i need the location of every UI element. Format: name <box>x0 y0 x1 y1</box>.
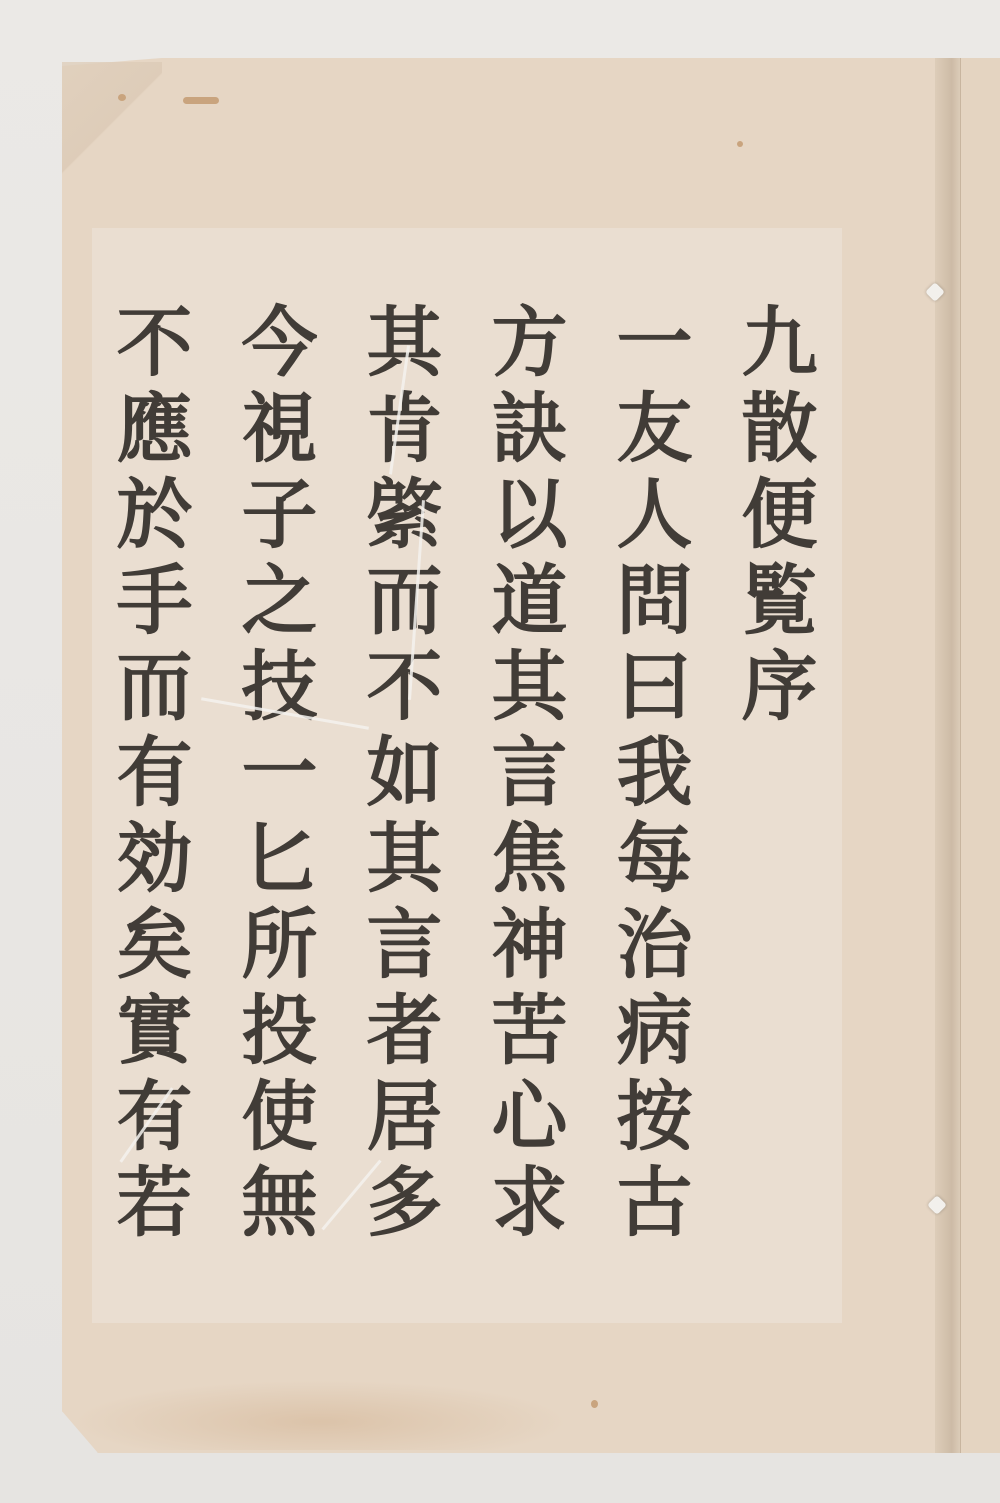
glyph: 子 <box>242 472 318 558</box>
glyph: 問 <box>617 558 693 644</box>
glyph: 其 <box>367 816 443 902</box>
glyph: 効 <box>117 816 193 902</box>
glyph: 神 <box>492 902 568 988</box>
glyph: 一 <box>617 300 693 386</box>
worm-hole <box>118 94 126 101</box>
glyph: 所 <box>242 902 318 988</box>
glyph: 於 <box>117 472 193 558</box>
worm-hole <box>183 97 219 104</box>
glyph: 者 <box>367 988 443 1074</box>
glyph: 友 <box>617 386 693 472</box>
glyph: 使 <box>242 1074 318 1160</box>
glyph: 而 <box>117 644 193 730</box>
glyph: 便 <box>742 472 818 558</box>
column-4: 其 肯 綮 而 不 如 其 言 者 居 多 <box>342 300 467 1300</box>
glyph: 言 <box>492 730 568 816</box>
glyph: 散 <box>742 386 818 472</box>
glyph: 心 <box>492 1074 568 1160</box>
glyph: 不 <box>367 644 443 730</box>
glyph: 求 <box>492 1160 568 1246</box>
glyph: 方 <box>492 300 568 386</box>
glyph: 以 <box>492 472 568 558</box>
binding-gutter <box>935 58 963 1453</box>
glyph: 有 <box>117 730 193 816</box>
column-3: 方 訣 以 道 其 言 焦 神 苦 心 求 <box>467 300 592 1300</box>
column-6: 不 應 於 手 而 有 効 矣 實 有 若 <box>92 300 217 1300</box>
glyph: 若 <box>117 1160 193 1246</box>
glyph: 古 <box>617 1160 693 1246</box>
glyph: 肯 <box>367 386 443 472</box>
glyph: 手 <box>117 558 193 644</box>
adjacent-page-edge <box>960 58 1000 1453</box>
glyph: 苦 <box>492 988 568 1074</box>
glyph: 綮 <box>367 472 443 558</box>
glyph: 每 <box>617 816 693 902</box>
glyph: 居 <box>367 1074 443 1160</box>
glyph: 匕 <box>242 816 318 902</box>
glyph: 如 <box>367 730 443 816</box>
glyph: 應 <box>117 386 193 472</box>
glyph: 九 <box>742 300 818 386</box>
glyph: 其 <box>492 644 568 730</box>
glyph: 之 <box>242 558 318 644</box>
column-title: 九 散 便 覧 序 <box>717 300 842 1300</box>
glyph: 曰 <box>617 644 693 730</box>
column-2: 一 友 人 問 曰 我 每 治 病 按 古 <box>592 300 717 1300</box>
worm-hole <box>591 1400 598 1408</box>
glyph: 矣 <box>117 902 193 988</box>
glyph: 投 <box>242 988 318 1074</box>
glyph: 道 <box>492 558 568 644</box>
worm-hole <box>737 141 743 147</box>
folded-corner <box>62 62 162 182</box>
glyph: 焦 <box>492 816 568 902</box>
column-5: 今 視 子 之 技 一 匕 所 投 使 無 <box>217 300 342 1300</box>
glyph: 我 <box>617 730 693 816</box>
glyph: 按 <box>617 1074 693 1160</box>
glyph: 一 <box>242 730 318 816</box>
glyph: 多 <box>367 1160 443 1246</box>
glyph: 覧 <box>742 558 818 644</box>
glyph: 今 <box>242 300 318 386</box>
water-stain <box>70 1380 570 1450</box>
text-columns: 九 散 便 覧 序 一 友 人 問 曰 我 每 治 病 按 古 方 訣 以 道 … <box>92 300 842 1300</box>
glyph: 視 <box>242 386 318 472</box>
glyph: 訣 <box>492 386 568 472</box>
glyph: 實 <box>117 988 193 1074</box>
glyph: 而 <box>367 558 443 644</box>
glyph: 無 <box>242 1160 318 1246</box>
glyph: 不 <box>117 300 193 386</box>
glyph: 治 <box>617 902 693 988</box>
glyph: 人 <box>617 472 693 558</box>
glyph: 病 <box>617 988 693 1074</box>
glyph: 序 <box>742 644 818 730</box>
glyph: 言 <box>367 902 443 988</box>
